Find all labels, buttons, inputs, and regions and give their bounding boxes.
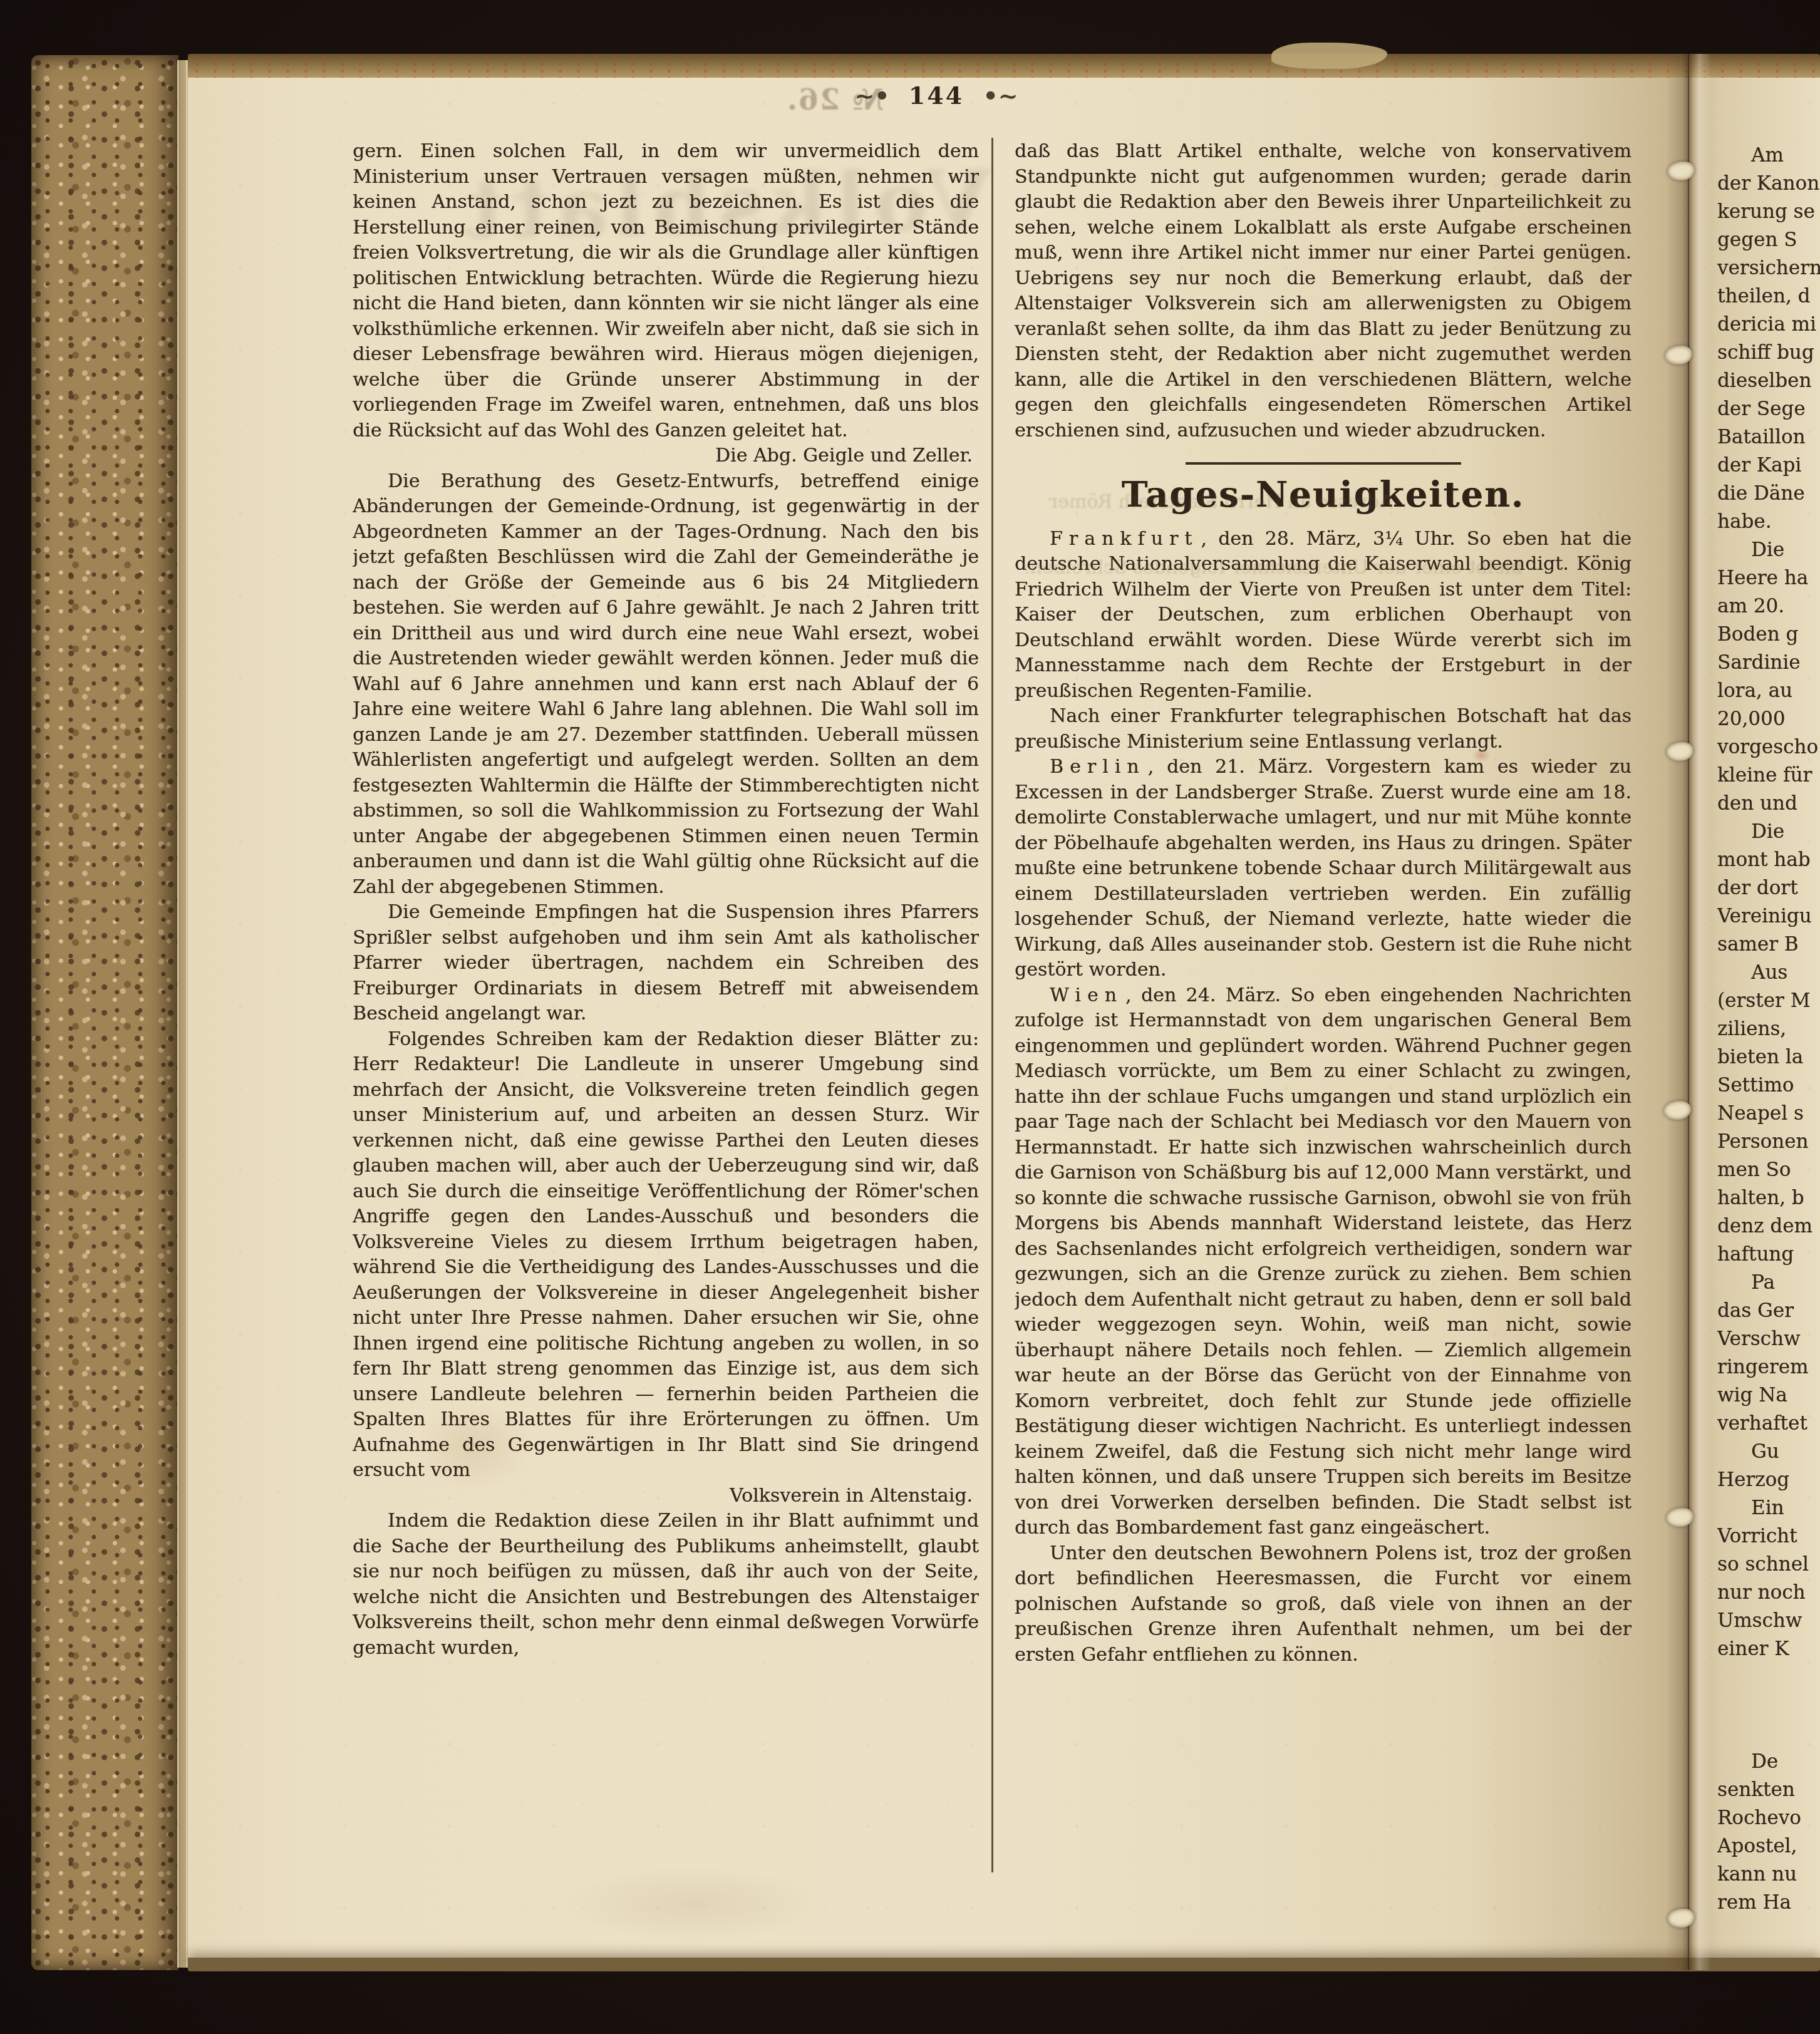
text-line: dericia mi <box>1717 311 1820 339</box>
paragraph: gern. Einen solchen Fall, in dem wir unv… <box>353 139 979 469</box>
text-line: lora, au <box>1717 677 1820 705</box>
text-line: Pa <box>1717 1269 1820 1297</box>
section-divider-rule <box>1186 462 1461 465</box>
text-line: denz dem <box>1717 1212 1820 1241</box>
text-line: dieselben <box>1717 367 1820 395</box>
text-line: senkten <box>1717 1776 1820 1804</box>
right-column-news: Frankfurt, den 28. März, 3¼ Uhr. So eben… <box>1015 527 1631 1668</box>
page-number: 144 <box>909 81 964 110</box>
byline: Die Abg. Geigle und Zeller. <box>353 443 979 469</box>
dateline-city: Wien <box>1050 984 1125 1006</box>
paragraph: daß das Blatt Artikel enthalte, welche v… <box>1015 139 1631 443</box>
text-line: den und <box>1717 790 1820 818</box>
header-ornament-right: •~ <box>974 81 1026 110</box>
text-line: Heere ha <box>1717 564 1820 592</box>
left-column: gern. Einen solchen Fall, in dem wir unv… <box>353 139 979 1951</box>
text-line: schiff bug <box>1717 339 1820 367</box>
text-line: Herzog <box>1717 1466 1820 1494</box>
text-line: der Sege <box>1717 395 1820 423</box>
right-column: Adresse an Herrn Staatsrath Römer bleibt… <box>1015 139 1631 1951</box>
paragraph: Folgendes Schreiben kam der Redaktion di… <box>353 1027 979 1509</box>
text-line: De <box>1717 1748 1820 1776</box>
text-line: haftung <box>1717 1241 1820 1269</box>
paragraph: Unter den deutschen Bewohnern Polens ist… <box>1015 1541 1631 1668</box>
text-line: Sardinie <box>1717 649 1820 677</box>
book-gutter <box>1666 54 1711 1970</box>
text-line: Settimo <box>1717 1071 1820 1100</box>
text-line: Aus <box>1717 959 1820 987</box>
text-line: wig Na <box>1717 1381 1820 1410</box>
text-line: gegen S <box>1717 226 1820 254</box>
dateline-city: Frankfurt <box>1050 528 1201 550</box>
text-line: bieten la <box>1717 1043 1820 1071</box>
text-line: rem Ha <box>1717 1889 1820 1917</box>
text-line: einer K <box>1717 1635 1820 1663</box>
text-line: kann nu <box>1717 1861 1820 1889</box>
text-line: Umschw <box>1717 1607 1820 1635</box>
text-line: theilen, d <box>1717 282 1820 311</box>
text-line: der Kapi <box>1717 452 1820 480</box>
next-page-column: Amder Kanonkerung segegen Sversichernthe… <box>1717 142 1820 1958</box>
text-line: Personen <box>1717 1128 1820 1156</box>
paragraph: Die Gemeinde Empfingen hat die Suspensio… <box>353 900 979 1027</box>
text-line: versichern <box>1717 254 1820 282</box>
text-line: 20,000 <box>1717 705 1820 733</box>
text-line <box>1717 1720 1820 1748</box>
paragraph: Indem die Redaktion diese Zeilen in ihr … <box>353 1509 979 1661</box>
text-line: Gu <box>1717 1438 1820 1466</box>
text-line: samer B <box>1717 931 1820 959</box>
paragraph: Wien, den 24. März. So eben eingehenden … <box>1015 983 1631 1541</box>
text-line: der dort <box>1717 874 1820 902</box>
text-line: kerung se <box>1717 198 1820 226</box>
text-line: vorgescho <box>1717 733 1820 761</box>
text-line: nur noch <box>1717 1579 1820 1607</box>
text-line: Ein <box>1717 1494 1820 1522</box>
text-line: (erster M <box>1717 987 1820 1015</box>
text-line: Am <box>1717 142 1820 170</box>
text-line <box>1717 1663 1820 1691</box>
text-line: men So <box>1717 1156 1820 1184</box>
text-line: Rochevo <box>1717 1804 1820 1832</box>
section-heading-tages-neuigkeiten: Tages-Neuigkeiten. <box>1015 482 1631 508</box>
text-line: ziliens, <box>1717 1015 1820 1043</box>
text-line <box>1717 1691 1820 1720</box>
text-line: Die <box>1717 536 1820 564</box>
text-line: Apostel, <box>1717 1832 1820 1861</box>
text-line: halten, b <box>1717 1184 1820 1212</box>
paragraph: Berlin, den 21. März. Vorgestern kam es … <box>1015 755 1631 983</box>
text-line: verhaftet <box>1717 1410 1820 1438</box>
text-line: Bataillon <box>1717 423 1820 452</box>
paragraph: Frankfurt, den 28. März, 3¼ Uhr. So eben… <box>1015 527 1631 705</box>
text-line: ringerem <box>1717 1353 1820 1381</box>
text-line: Vereinigu <box>1717 902 1820 931</box>
book-scan: Volksblatt № 26. ~• 144 •~ gern. Einen s… <box>0 0 1820 2034</box>
text-line: Neapel s <box>1717 1100 1820 1128</box>
text-line: am 20. <box>1717 592 1820 621</box>
paragraph: Die Berathung des Gesetz-Entwurfs, betre… <box>353 469 979 901</box>
text-line: habe. <box>1717 508 1820 536</box>
book-fore-edge <box>31 55 178 1970</box>
page-header: № 26. ~• 144 •~ <box>820 81 1052 110</box>
text-line: kleine für <box>1717 761 1820 790</box>
text-line: Verschw <box>1717 1325 1820 1353</box>
text-line: so schnel <box>1717 1551 1820 1579</box>
text-line: das Ger <box>1717 1297 1820 1325</box>
column-divider-rule <box>991 138 993 1872</box>
byline: Volksverein in Altenstaig. <box>353 1484 979 1509</box>
paragraph: Nach einer Frankfurter telegraphischen B… <box>1015 704 1631 755</box>
text-line: mont hab <box>1717 846 1820 874</box>
text-line: Vorricht <box>1717 1522 1820 1551</box>
right-column-lead: daß das Blatt Artikel enthalte, welche v… <box>1015 139 1631 443</box>
page-top-edge <box>188 54 1820 78</box>
text-line: Die <box>1717 818 1820 846</box>
page-bottom-edge <box>188 1958 1820 1971</box>
paper-tear <box>1271 43 1387 69</box>
dateline-city: Berlin <box>1050 756 1148 778</box>
text-line: die Däne <box>1717 480 1820 508</box>
text-line: der Kanon <box>1717 170 1820 198</box>
text-line: Boden g <box>1717 621 1820 649</box>
header-ornament-left: ~• <box>845 81 898 110</box>
